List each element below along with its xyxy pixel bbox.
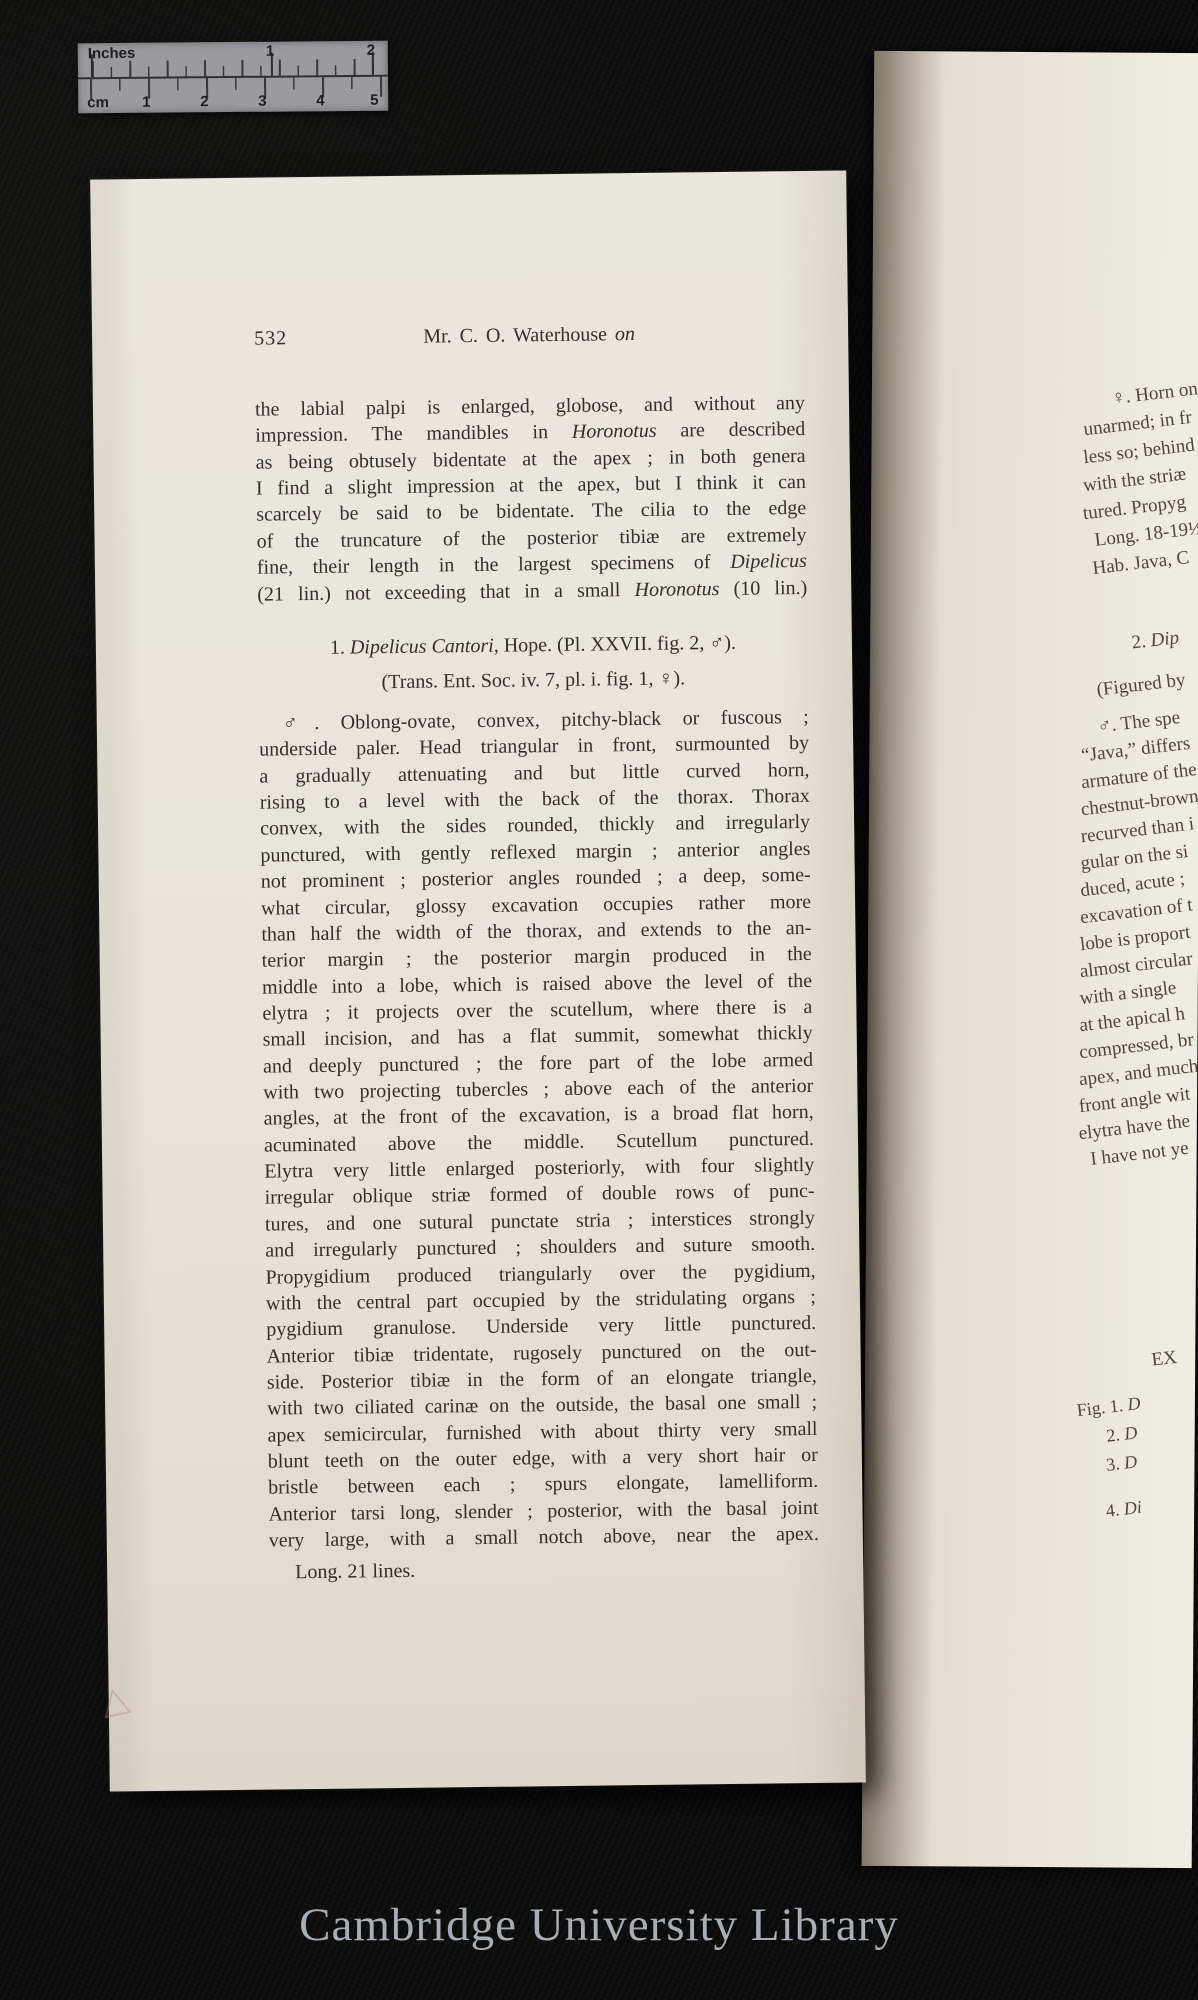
species-heading: 1. Dipelicus Cantori, Hope. (Pl. XXVII. … — [258, 625, 809, 702]
next-page-paragraph-fragment: ♂. The spe“Java,” differsarmature of the… — [1079, 715, 1198, 1176]
ruler-inches-scale: Inches 1 2 — [78, 41, 388, 78]
next-page-figure-list-fragment: Fig. 1. D2. D3. D4. Di — [1076, 1396, 1198, 1531]
ruler-cm-number: 4 — [316, 92, 324, 109]
ruler-cm-number: 5 — [370, 92, 378, 109]
ruler-cm-number: 1 — [142, 94, 150, 111]
ruler-inch-number: 1 — [266, 43, 274, 60]
body-paragraph: the labial palpi is enlarged, globose, a… — [255, 390, 808, 608]
ruler-cm-number: 3 — [258, 93, 266, 110]
species-heading-reference: (Trans. Ent. Soc. iv. 7, pl. i. fig. 1, … — [258, 660, 808, 702]
next-page-species-heading-fragment: 2. Dip — [1081, 602, 1198, 663]
library-watermark: Cambridge University Library — [0, 1898, 1198, 1952]
running-title: Mr. C. O. Waterhouse on — [254, 321, 804, 351]
length-note: Long. 21 lines. — [269, 1555, 819, 1585]
ruler-inch-number: 2 — [367, 42, 375, 59]
species-heading-line: 1. Dipelicus Cantori, Hope. (Pl. XXVII. … — [258, 625, 808, 667]
measurement-ruler: Inches 1 2 cm 1 2 3 4 5 — [78, 41, 389, 114]
species-description-paragraph: ♂. Oblong-ovate, convex, pitchy-black or… — [259, 704, 819, 1554]
ruler-cm-label: cm — [87, 94, 109, 111]
page-header: 532 Mr. C. O. Waterhouse on — [254, 321, 804, 356]
next-page-paragraph-fragment: ♀. Horn onunarmed; in frless so; behindw… — [1083, 388, 1198, 586]
ruler-cm-scale: cm 1 2 3 4 5 — [78, 75, 388, 114]
next-page-text-fragment: ♀. Horn onunarmed; in frless so; behindw… — [1084, 388, 1198, 390]
next-page-explanation-heading-fragment: EX — [1076, 1319, 1198, 1383]
main-page: 532 Mr. C. O. Waterhouse on the labial p… — [90, 170, 866, 1791]
next-page-sliver: ♀. Horn onunarmed; in frless so; behindw… — [862, 51, 1198, 1868]
ruler-inches-label: Inches — [88, 45, 136, 62]
ruler-cm-number: 2 — [200, 93, 208, 110]
text-line: very large, with a small notch above, ne… — [269, 1521, 819, 1554]
